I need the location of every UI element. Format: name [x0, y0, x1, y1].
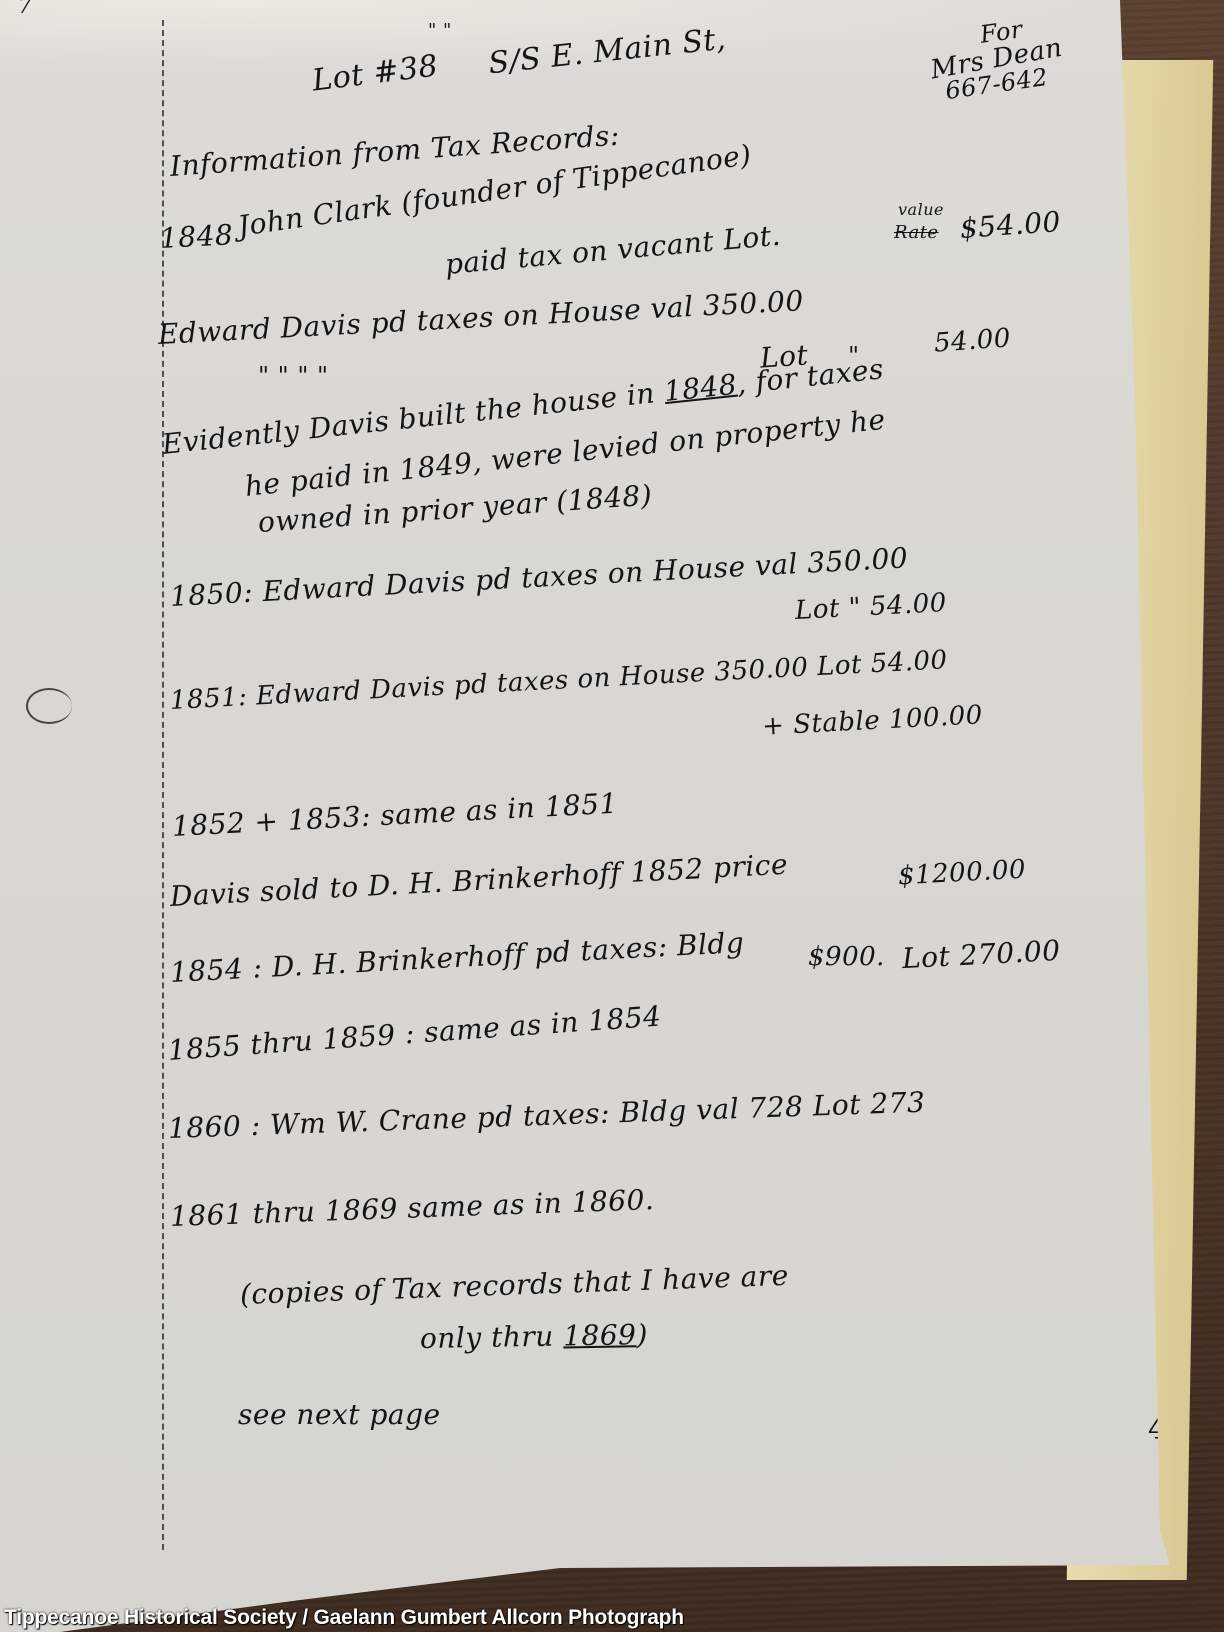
ditto-marks: " ": [428, 20, 452, 41]
entry-1854-bldg-value: $900.: [808, 942, 885, 972]
entry-1848-correction: value: [898, 200, 944, 219]
entry-1850-line2: Lot " 54.00: [794, 588, 947, 626]
entry-1854-lot-value: Lot 270.00: [901, 934, 1061, 975]
handwritten-page: 7 Lot #38 " " S/S E. Main St, For Mrs De…: [0, 0, 1190, 1632]
closing-note-line1: (copies of Tax records that I have are: [239, 1259, 789, 1311]
closing-note-line2-text: only thru: [420, 1320, 564, 1355]
entry-1848-year: 1848: [159, 218, 234, 255]
entry-1855-1859: 1855 thru 1859 : same as in 1854: [167, 1000, 663, 1067]
closing-note-line2: only thru 1869): [420, 1318, 648, 1355]
sale-text: Davis sold to D. H. Brinkerhoff 1852 pri…: [169, 848, 789, 913]
entry-1848-amount: $54.00: [959, 205, 1062, 245]
entry-1848-line2: paid tax on vacant Lot.: [444, 219, 783, 281]
note-line1-year: 1848: [662, 368, 738, 408]
entry-1848-struck-word: Rate: [894, 222, 939, 243]
closing-paren: ): [636, 1318, 648, 1351]
corner-mark: 7: [18, 0, 32, 19]
entry-1854-text: 1854 : D. H. Brinkerhoff pd taxes: Bldg: [169, 926, 745, 989]
sale-price: $1200.00: [897, 855, 1026, 892]
entry-1849-lot-amount: 54.00: [933, 323, 1012, 358]
entry-1861-1869: 1861 thru 1869 same as in 1860.: [169, 1183, 654, 1233]
note-line1-tail: , for taxes: [735, 352, 885, 400]
entry-1849-line1: Edward Davis pd taxes on House val 350.0…: [157, 284, 804, 351]
entry-1851-line1: 1851: Edward Davis pd taxes on House 350…: [169, 645, 948, 716]
entry-1860: 1860 : Wm W. Crane pd taxes: Bldg val 72…: [167, 1086, 925, 1145]
see-next-page: see next page: [238, 1398, 441, 1431]
entry-1849-dittos: " " " ": [258, 362, 329, 390]
photo-credit: Tippecanoe Historical Society / Gaelann …: [4, 1606, 684, 1630]
entry-1851-line2: + Stable 100.00: [761, 700, 983, 742]
entry-1852-1853: 1852 + 1853: same as in 1851: [171, 787, 618, 843]
punch-hole-mark: [26, 688, 72, 724]
closing-note-year: 1869: [563, 1318, 637, 1352]
